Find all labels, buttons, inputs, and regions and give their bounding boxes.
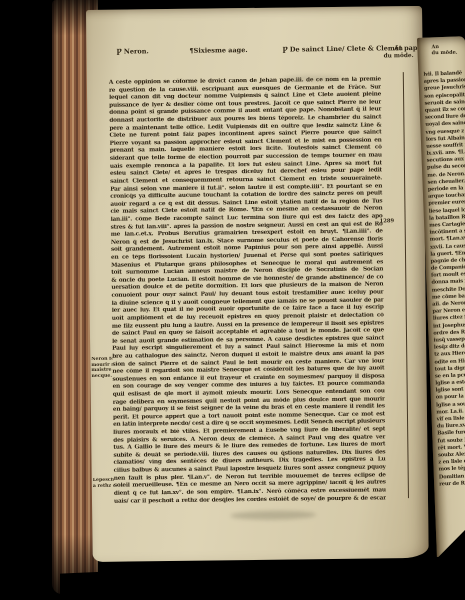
- facing-page-clipped-text: lvii. Il balandēapres la passion dgreue …: [423, 70, 465, 557]
- photo-background: Ƿ Neron. ¶Sixiesme aage. Ƿ De sainct Lin…: [0, 0, 465, 600]
- body-text-block: A ceste oppinion se cōforme le droict ca…: [109, 76, 386, 509]
- page-bottom-shadow: [60, 556, 460, 600]
- margin-column-heading: Andu mōde.: [380, 46, 416, 60]
- margin-heading-line: du mōde.: [432, 50, 458, 56]
- margin-note-line: a rethz dor.: [93, 483, 114, 489]
- running-header-left: Ƿ Neron.: [116, 47, 148, 55]
- margin-note-line: necque.: [91, 373, 112, 379]
- paper-stain: [230, 510, 316, 520]
- book-page: Ƿ Neron. ¶Sixiesme aage. Ƿ De sainct Lin…: [86, 6, 429, 562]
- margin-column-rule: [403, 72, 409, 498]
- margin-heading-line: du mōde.: [381, 53, 417, 60]
- running-header-center: ¶Sixiesme aage.: [189, 46, 247, 55]
- margin-note-line: Neron feist: [91, 357, 112, 363]
- margin-note-senecque: Neron feistmourir sōmaistre Senecque.: [91, 357, 112, 381]
- margin-note-golden-nets: Lēpeschoita rethz dor.: [93, 478, 114, 490]
- margin-note-line: Lēpeschoit: [93, 478, 114, 484]
- facing-page-margin-heading: Andu mōde.: [431, 45, 457, 57]
- clipped-text-line: reur de Romme: [439, 479, 465, 488]
